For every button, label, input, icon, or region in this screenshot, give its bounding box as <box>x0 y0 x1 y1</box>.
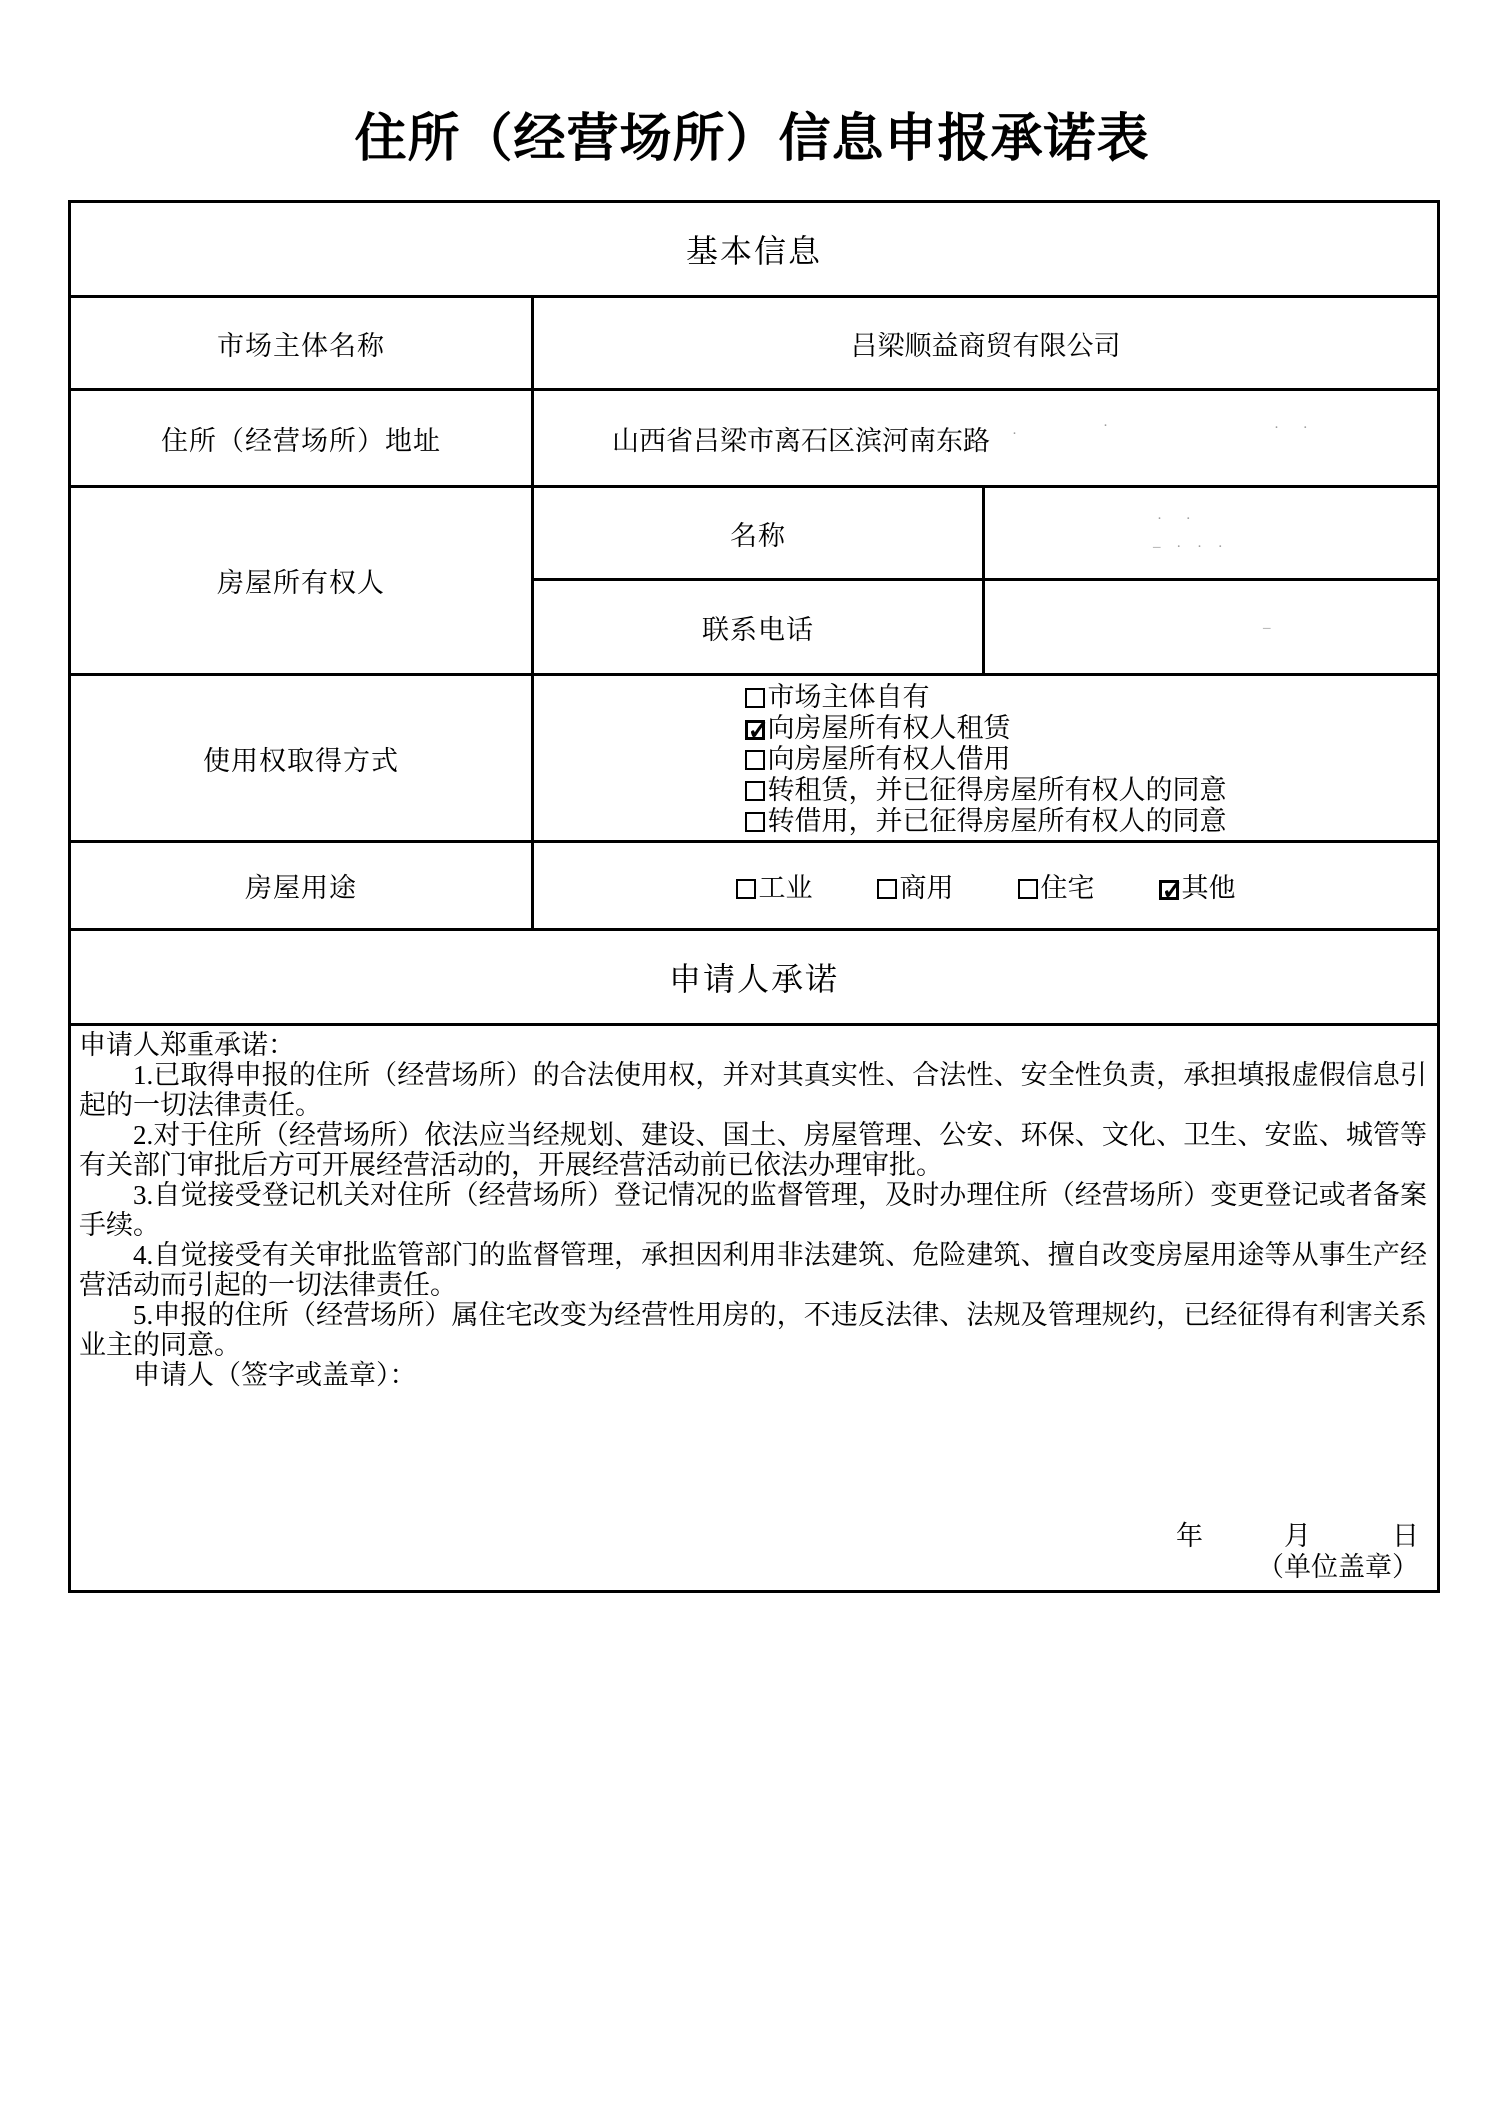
declaration-table: 基本信息 市场主体名称 吕梁顺益商贸有限公司 住所（经营场所）地址 山西省吕梁市… <box>68 200 1440 1593</box>
acquisition-label: 使用权取得方式 <box>70 675 533 842</box>
address-text: 山西省吕梁市离石区滨河南东路 <box>612 426 990 456</box>
checkbox-option-sublease: 转租赁，并已征得房屋所有权人的同意 <box>745 775 1227 806</box>
commitment-item: 2.对于住所（经营场所）依法应当经规划、建设、国土、房屋管理、公安、环保、文化、… <box>79 1120 1427 1180</box>
commitment-intro: 申请人郑重承诺： <box>79 1030 1427 1060</box>
commitment-item: 3.自觉接受登记机关对住所（经营场所）登记情况的监督管理，及时办理住所（经营场所… <box>79 1180 1427 1240</box>
owner-name-label: 名称 <box>533 487 984 580</box>
checkbox[interactable]: ✓ <box>745 720 765 740</box>
owner-name-value: · · – · · · <box>984 487 1439 580</box>
commitment-item: 1.已取得申报的住所（经营场所）的合法使用权，并对其真实性、合法性、安全性负责，… <box>79 1060 1427 1120</box>
address-value: 山西省吕梁市离石区滨河南东路 · · · · <box>533 390 1439 487</box>
redacted-mark: · · <box>1274 421 1318 436</box>
checkbox-label: 向房屋所有权人租赁 <box>768 713 1011 743</box>
usage-label: 房屋用途 <box>70 842 533 930</box>
acquisition-options: 市场主体自有 ✓向房屋所有权人租赁 向房屋所有权人借用 转租赁，并已征得房屋所有… <box>533 675 1439 842</box>
checkbox-label: 住宅 <box>1041 873 1095 903</box>
page-title: 住所（经营场所）信息申报承诺表 <box>0 96 1504 171</box>
checkbox[interactable] <box>745 688 765 708</box>
checkbox-label: 工业 <box>759 873 813 903</box>
checkbox-option-commercial: 商用 <box>877 866 954 905</box>
checkbox[interactable] <box>745 812 765 832</box>
document-page: 住所（经营场所）信息申报承诺表 基本信息 市场主体名称 吕梁顺益商贸有限公司 住… <box>0 0 1504 2128</box>
owner-label: 房屋所有权人 <box>70 487 533 675</box>
checkbox-label: 转租赁，并已征得房屋所有权人的同意 <box>768 775 1227 805</box>
usage-options: 工业 商用 住宅 ✓其他 <box>533 842 1439 930</box>
redacted-mark: – <box>1263 621 1281 636</box>
checkbox[interactable] <box>1018 879 1038 899</box>
owner-phone-value: – <box>984 580 1439 675</box>
seal-line: （单位盖章） <box>1176 1552 1419 1583</box>
commitment-item: 5.申报的住所（经营场所）属住宅改变为经营性用房的，不违反法律、法规及管理规约，… <box>79 1300 1427 1360</box>
checkbox-label: 其他 <box>1182 873 1236 903</box>
checkbox-option-leased-from-owner: ✓向房屋所有权人租赁 <box>745 713 1227 744</box>
checkbox[interactable] <box>877 879 897 899</box>
checkbox-label: 市场主体自有 <box>768 682 930 712</box>
entity-name-label: 市场主体名称 <box>70 297 533 390</box>
checkbox-option-industrial: 工业 <box>736 866 813 905</box>
signature-label: 申请人（签字或盖章）： <box>79 1360 1427 1390</box>
checkbox-option-self-owned: 市场主体自有 <box>745 682 1227 713</box>
basic-info-header: 基本信息 <box>70 202 1439 297</box>
checkbox-option-residential: 住宅 <box>1018 866 1095 905</box>
owner-phone-label: 联系电话 <box>533 580 984 675</box>
checkbox[interactable]: ✓ <box>1159 880 1179 900</box>
address-label: 住所（经营场所）地址 <box>70 390 533 487</box>
checkbox-option-subborrow: 转借用，并已征得房屋所有权人的同意 <box>745 806 1227 837</box>
entity-name-value: 吕梁顺益商贸有限公司 <box>533 297 1439 390</box>
checkbox-option-borrowed-from-owner: 向房屋所有权人借用 <box>745 744 1227 775</box>
redacted-mark: · <box>1012 427 1027 442</box>
redacted-mark: · <box>1103 419 1118 434</box>
date-seal-block: 年 月 日 （单位盖章） <box>1176 1521 1419 1583</box>
redacted-mark: · · <box>1157 512 1201 527</box>
redacted-mark: – · · · <box>1153 540 1229 555</box>
checkbox[interactable] <box>745 781 765 801</box>
checkbox-label: 转借用，并已征得房屋所有权人的同意 <box>768 806 1227 836</box>
commitment-text: 申请人郑重承诺： 1.已取得申报的住所（经营场所）的合法使用权，并对其真实性、合… <box>70 1025 1439 1592</box>
checkbox[interactable] <box>736 879 756 899</box>
checkbox-option-other: ✓其他 <box>1159 866 1236 905</box>
commitment-item: 4.自觉接受有关审批监管部门的监督管理，承担因利用非法建筑、危险建筑、擅自改变房… <box>79 1240 1427 1300</box>
date-line: 年 月 日 <box>1176 1521 1419 1552</box>
checkbox-label: 商用 <box>900 873 954 903</box>
checkbox[interactable] <box>745 750 765 770</box>
checkbox-label: 向房屋所有权人借用 <box>768 744 1011 774</box>
commitment-header: 申请人承诺 <box>70 930 1439 1025</box>
